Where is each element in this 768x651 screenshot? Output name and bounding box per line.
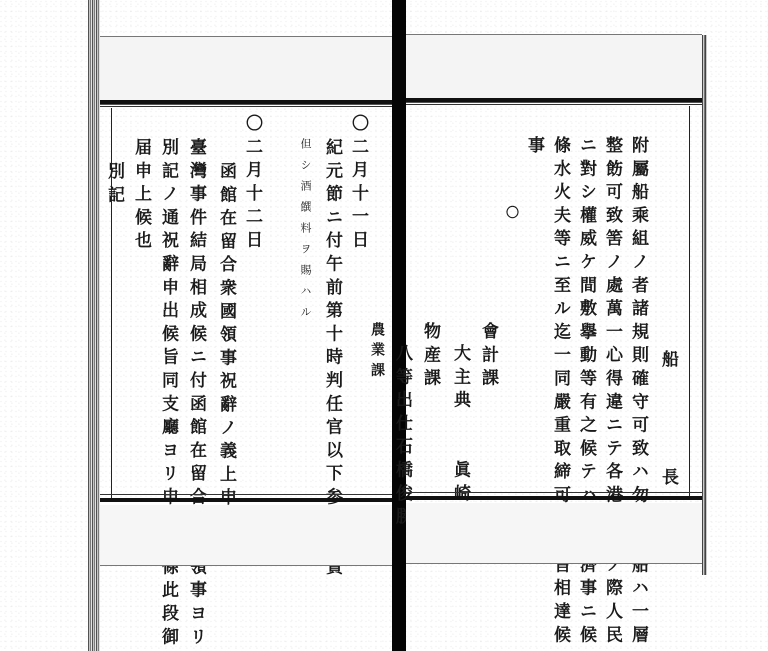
- margin-line: [689, 106, 690, 496]
- left-text-area: 〇二月十一日 紀元節ニ付午前第十時判任官以下参廳拜賀 但シ酒饌料ヲ賜ハル 〇二月…: [114, 114, 384, 496]
- left-page-stack-edge: [88, 0, 100, 651]
- circle-mark: 〇: [506, 202, 519, 221]
- text-column: 條水火夫等ニ至ル迄一同嚴重取締可致此旨相達候: [551, 136, 568, 649]
- text-column: 事: [525, 136, 542, 159]
- bottom-rule: [100, 498, 392, 502]
- top-rule: [100, 100, 392, 105]
- text-column: 整飭可致筈ノ處萬一心得違ニテ各港碇泊ノ際人民: [603, 136, 620, 649]
- text-column: 別記: [105, 162, 122, 209]
- right-text-area: 船 長 附屬船乘組ノ者諸規則確守可致ハ勿論官船ハ一層 整飭可致筈ノ處萬一心得違ニ…: [406, 112, 684, 494]
- note-column: 但シ酒饌料ヲ賜ハル: [300, 138, 311, 327]
- department-label: 物産課: [421, 322, 438, 392]
- left-page: 〇二月十一日 紀元節ニ付午前第十時判任官以下参廳拜賀 但シ酒饌料ヲ賜ハル 〇二月…: [100, 36, 392, 566]
- text-column: 臺灣事件結局相成候ニ付函館在留合衆國領事ヨリ: [187, 138, 204, 651]
- title-column: 船 長: [659, 350, 676, 527]
- date-heading-feb-11: 〇二月十一日: [349, 114, 366, 254]
- footer-band: [100, 505, 392, 566]
- department-label: 農業課: [370, 322, 384, 383]
- bottom-rule: [406, 496, 702, 500]
- text-column: 附屬船乘組ノ者諸規則確守可致ハ勿論官船ハ一層: [629, 136, 646, 649]
- header-band: [406, 34, 702, 99]
- date-heading-feb-12: 〇二月十二日: [243, 114, 260, 254]
- top-rule: [406, 98, 702, 103]
- text-column: ニ對シ權威ケ間敷擧動等有之候テハ不相濟事ニ候: [577, 136, 594, 649]
- header-band: [100, 36, 392, 101]
- right-page-stack-edge: [702, 35, 707, 575]
- footer-band: [406, 503, 702, 564]
- department-label: 會計課: [479, 322, 496, 392]
- text-column: 別記ノ通祝辭申出候旨同支廳ヨリ申越候條此段御: [159, 138, 176, 651]
- text-column: 函館在留合衆國領事祝辭ノ義上申: [217, 162, 234, 512]
- text-column: 届申上候也: [132, 138, 149, 255]
- right-page: 船 長 附屬船乘組ノ者諸規則確守可致ハ勿論官船ハ一層 整飭可致筈ノ處萬一心得違ニ…: [406, 34, 702, 564]
- book-spine-gutter: [392, 0, 406, 651]
